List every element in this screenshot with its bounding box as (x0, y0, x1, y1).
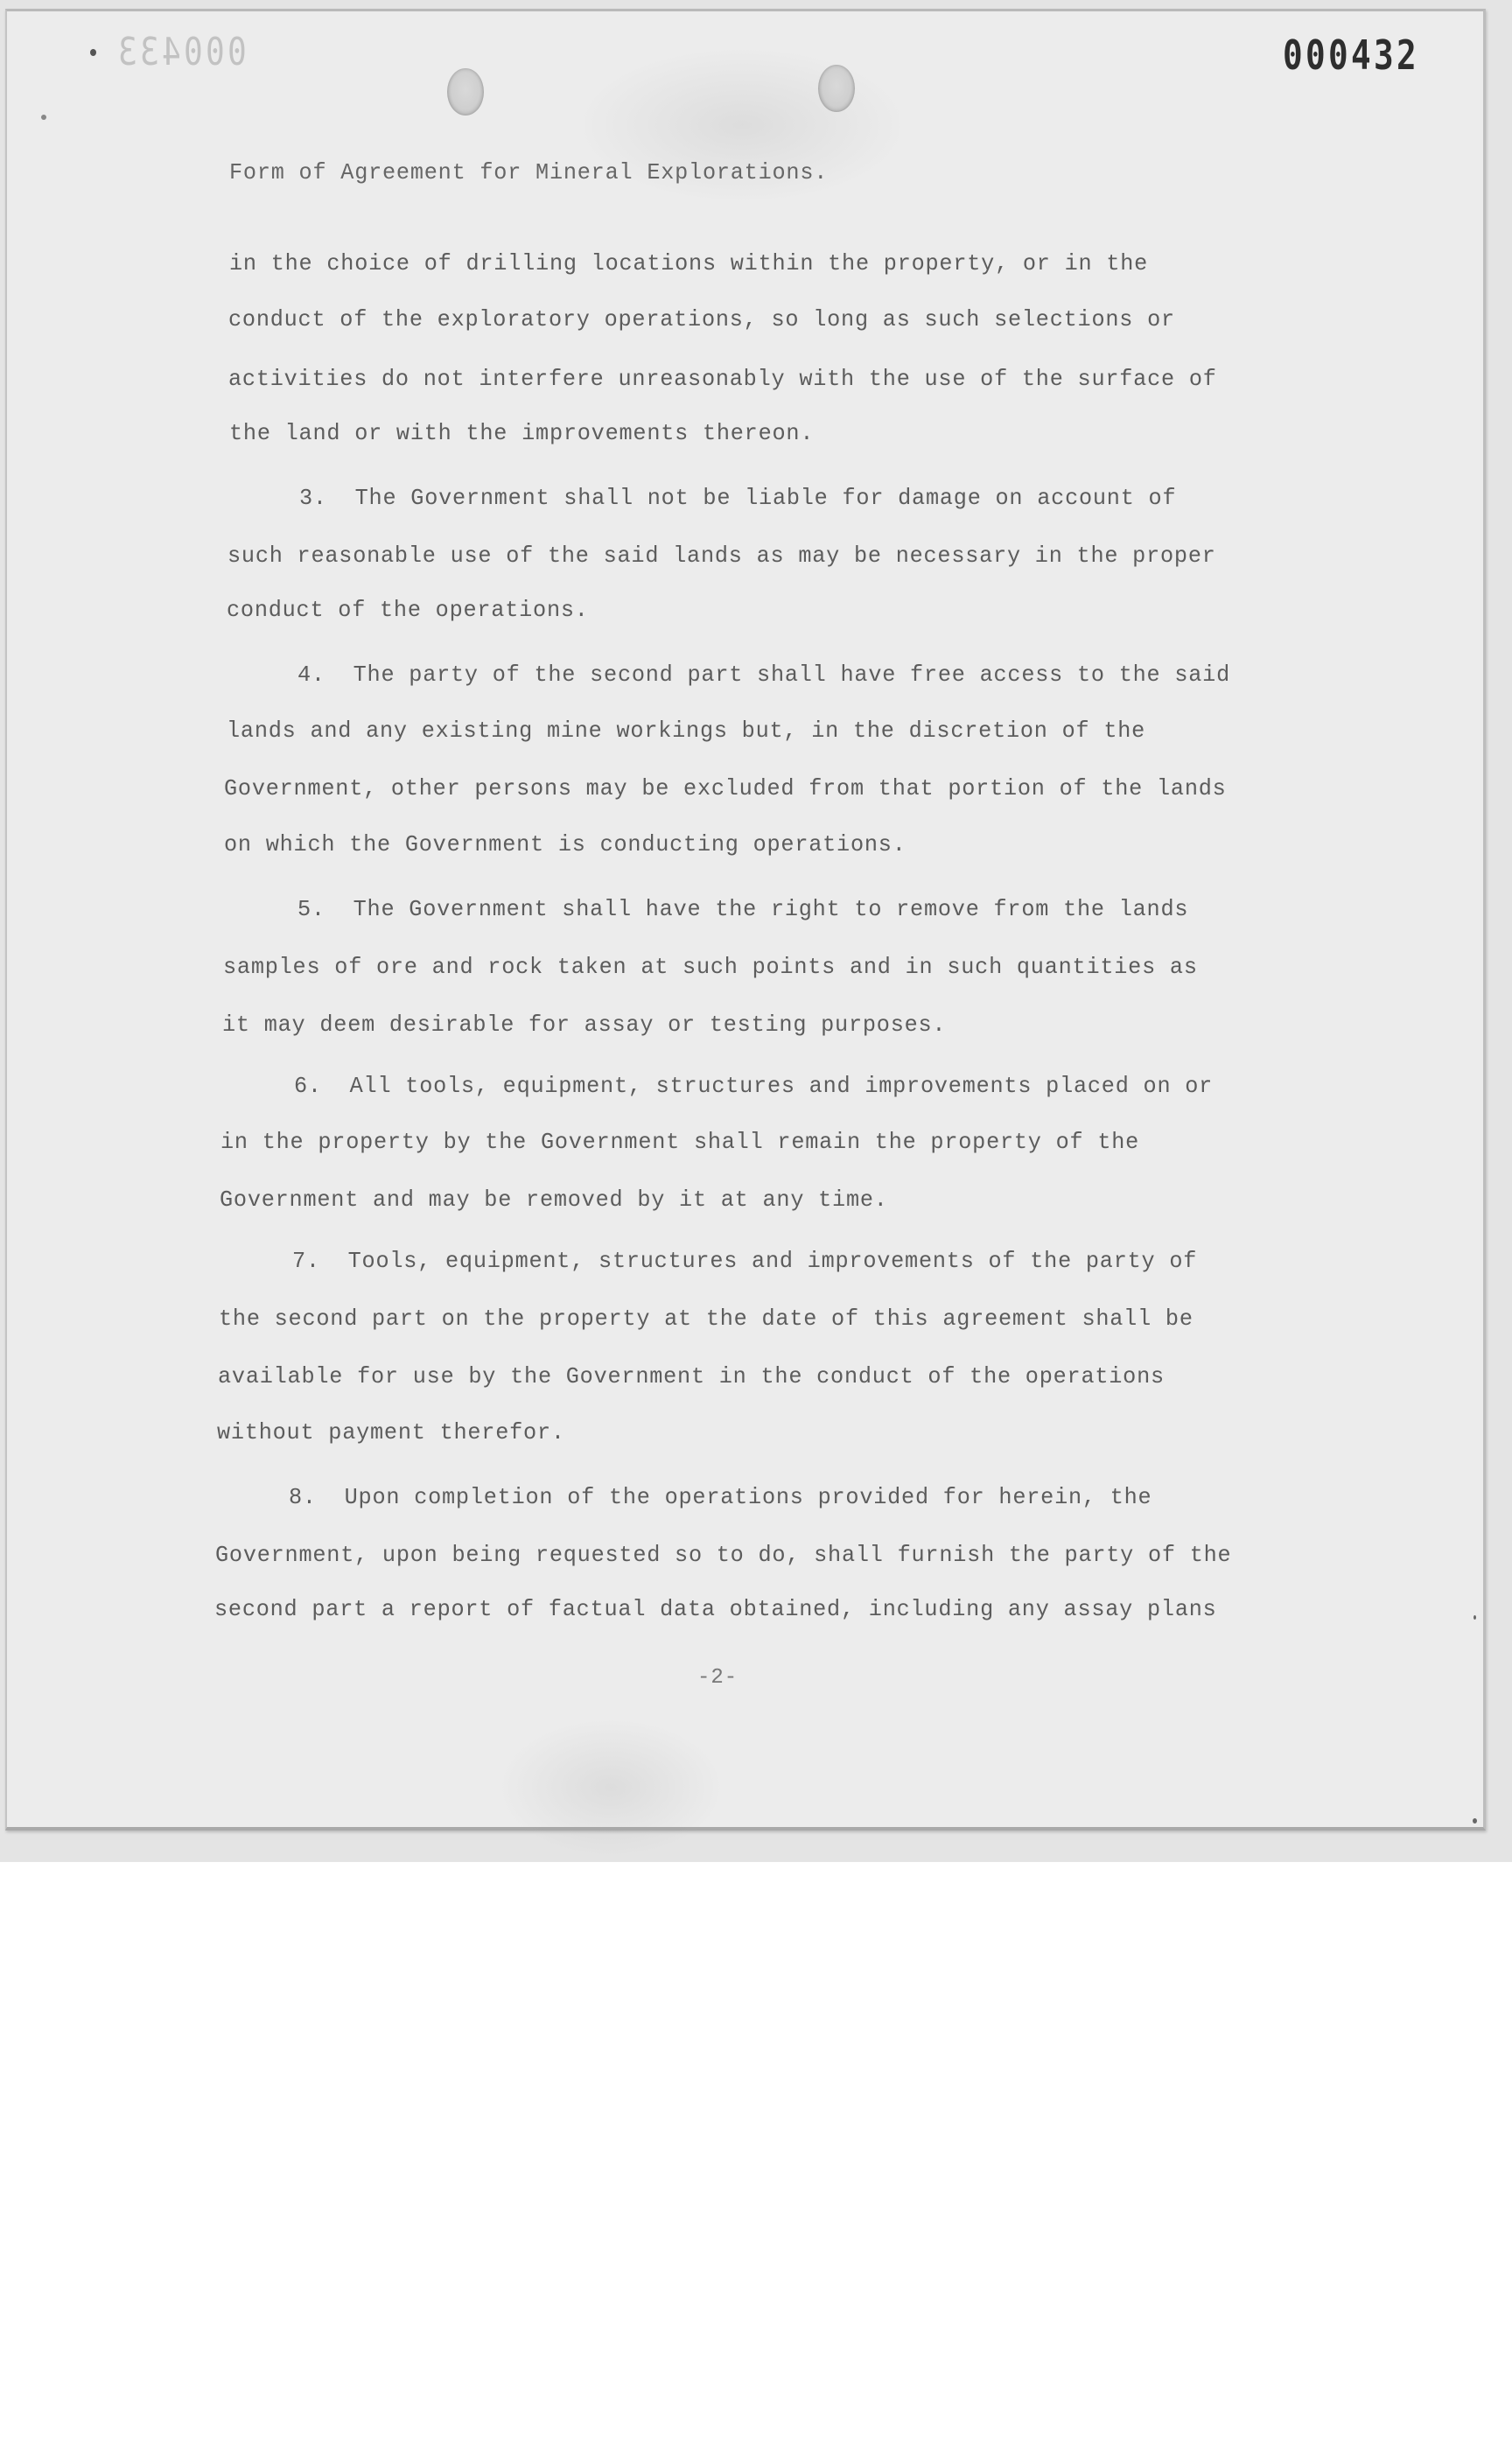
document-text-line: conduct of the exploratory operations, s… (228, 308, 1175, 331)
document-text-line: the land or with the improvements thereo… (229, 422, 814, 444)
document-text-line: Government, upon being requested so to d… (215, 1543, 1231, 1566)
document-text-line: in the property by the Government shall … (220, 1130, 1139, 1153)
scanner-background: 000433 000432 Form of Agreement for Mine… (0, 0, 1512, 1862)
document-text-line: without payment therefor. (217, 1421, 565, 1444)
document-text-line: the second part on the property at the d… (219, 1307, 1193, 1330)
ink-speck (90, 49, 96, 56)
document-text-line: on which the Government is conducting op… (224, 833, 906, 856)
page-number: -2- (697, 1666, 738, 1690)
document-text-line: it may deem desirable for assay or testi… (222, 1013, 946, 1036)
document-text-line: 4. The party of the second part shall ha… (297, 663, 1230, 686)
blank-area (0, 1862, 1512, 2450)
punch-hole-icon (818, 65, 855, 112)
document-header-title: Form of Agreement for Mineral Exploratio… (229, 161, 828, 184)
document-stamp-number: 000432 (1283, 35, 1419, 75)
document-text-line: 3. The Government shall not be liable fo… (299, 486, 1176, 509)
document-text-line: Government and may be removed by it at a… (220, 1188, 888, 1211)
punch-hole-icon (447, 68, 484, 115)
document-text-line: 8. Upon completion of the operations pro… (289, 1486, 1151, 1508)
bleed-through-number: 000433 (117, 33, 247, 72)
document-text-line: in the choice of drilling locations with… (229, 252, 1148, 275)
document-text-line: activities do not interfere unreasonably… (228, 367, 1217, 390)
document-text-line: Government, other persons may be exclude… (224, 777, 1227, 800)
document-text-line: lands and any existing mine workings but… (227, 719, 1145, 742)
document-text-line: 5. The Government shall have the right t… (297, 898, 1188, 920)
ink-speck (41, 115, 46, 120)
document-text-line: 6. All tools, equipment, structures and … (294, 1074, 1213, 1097)
document-text-line: samples of ore and rock taken at such po… (223, 955, 1198, 978)
ink-speck (1473, 1615, 1476, 1620)
document-text-line: such reasonable use of the said lands as… (227, 544, 1216, 567)
document-text-line: available for use by the Government in t… (218, 1365, 1165, 1388)
ink-speck (1473, 1818, 1477, 1823)
document-text-line: second part a report of factual data obt… (214, 1598, 1217, 1620)
paper-stain (497, 1718, 724, 1858)
document-text-line: conduct of the operations. (227, 598, 589, 621)
document-text-line: 7. Tools, equipment, structures and impr… (292, 1249, 1197, 1272)
